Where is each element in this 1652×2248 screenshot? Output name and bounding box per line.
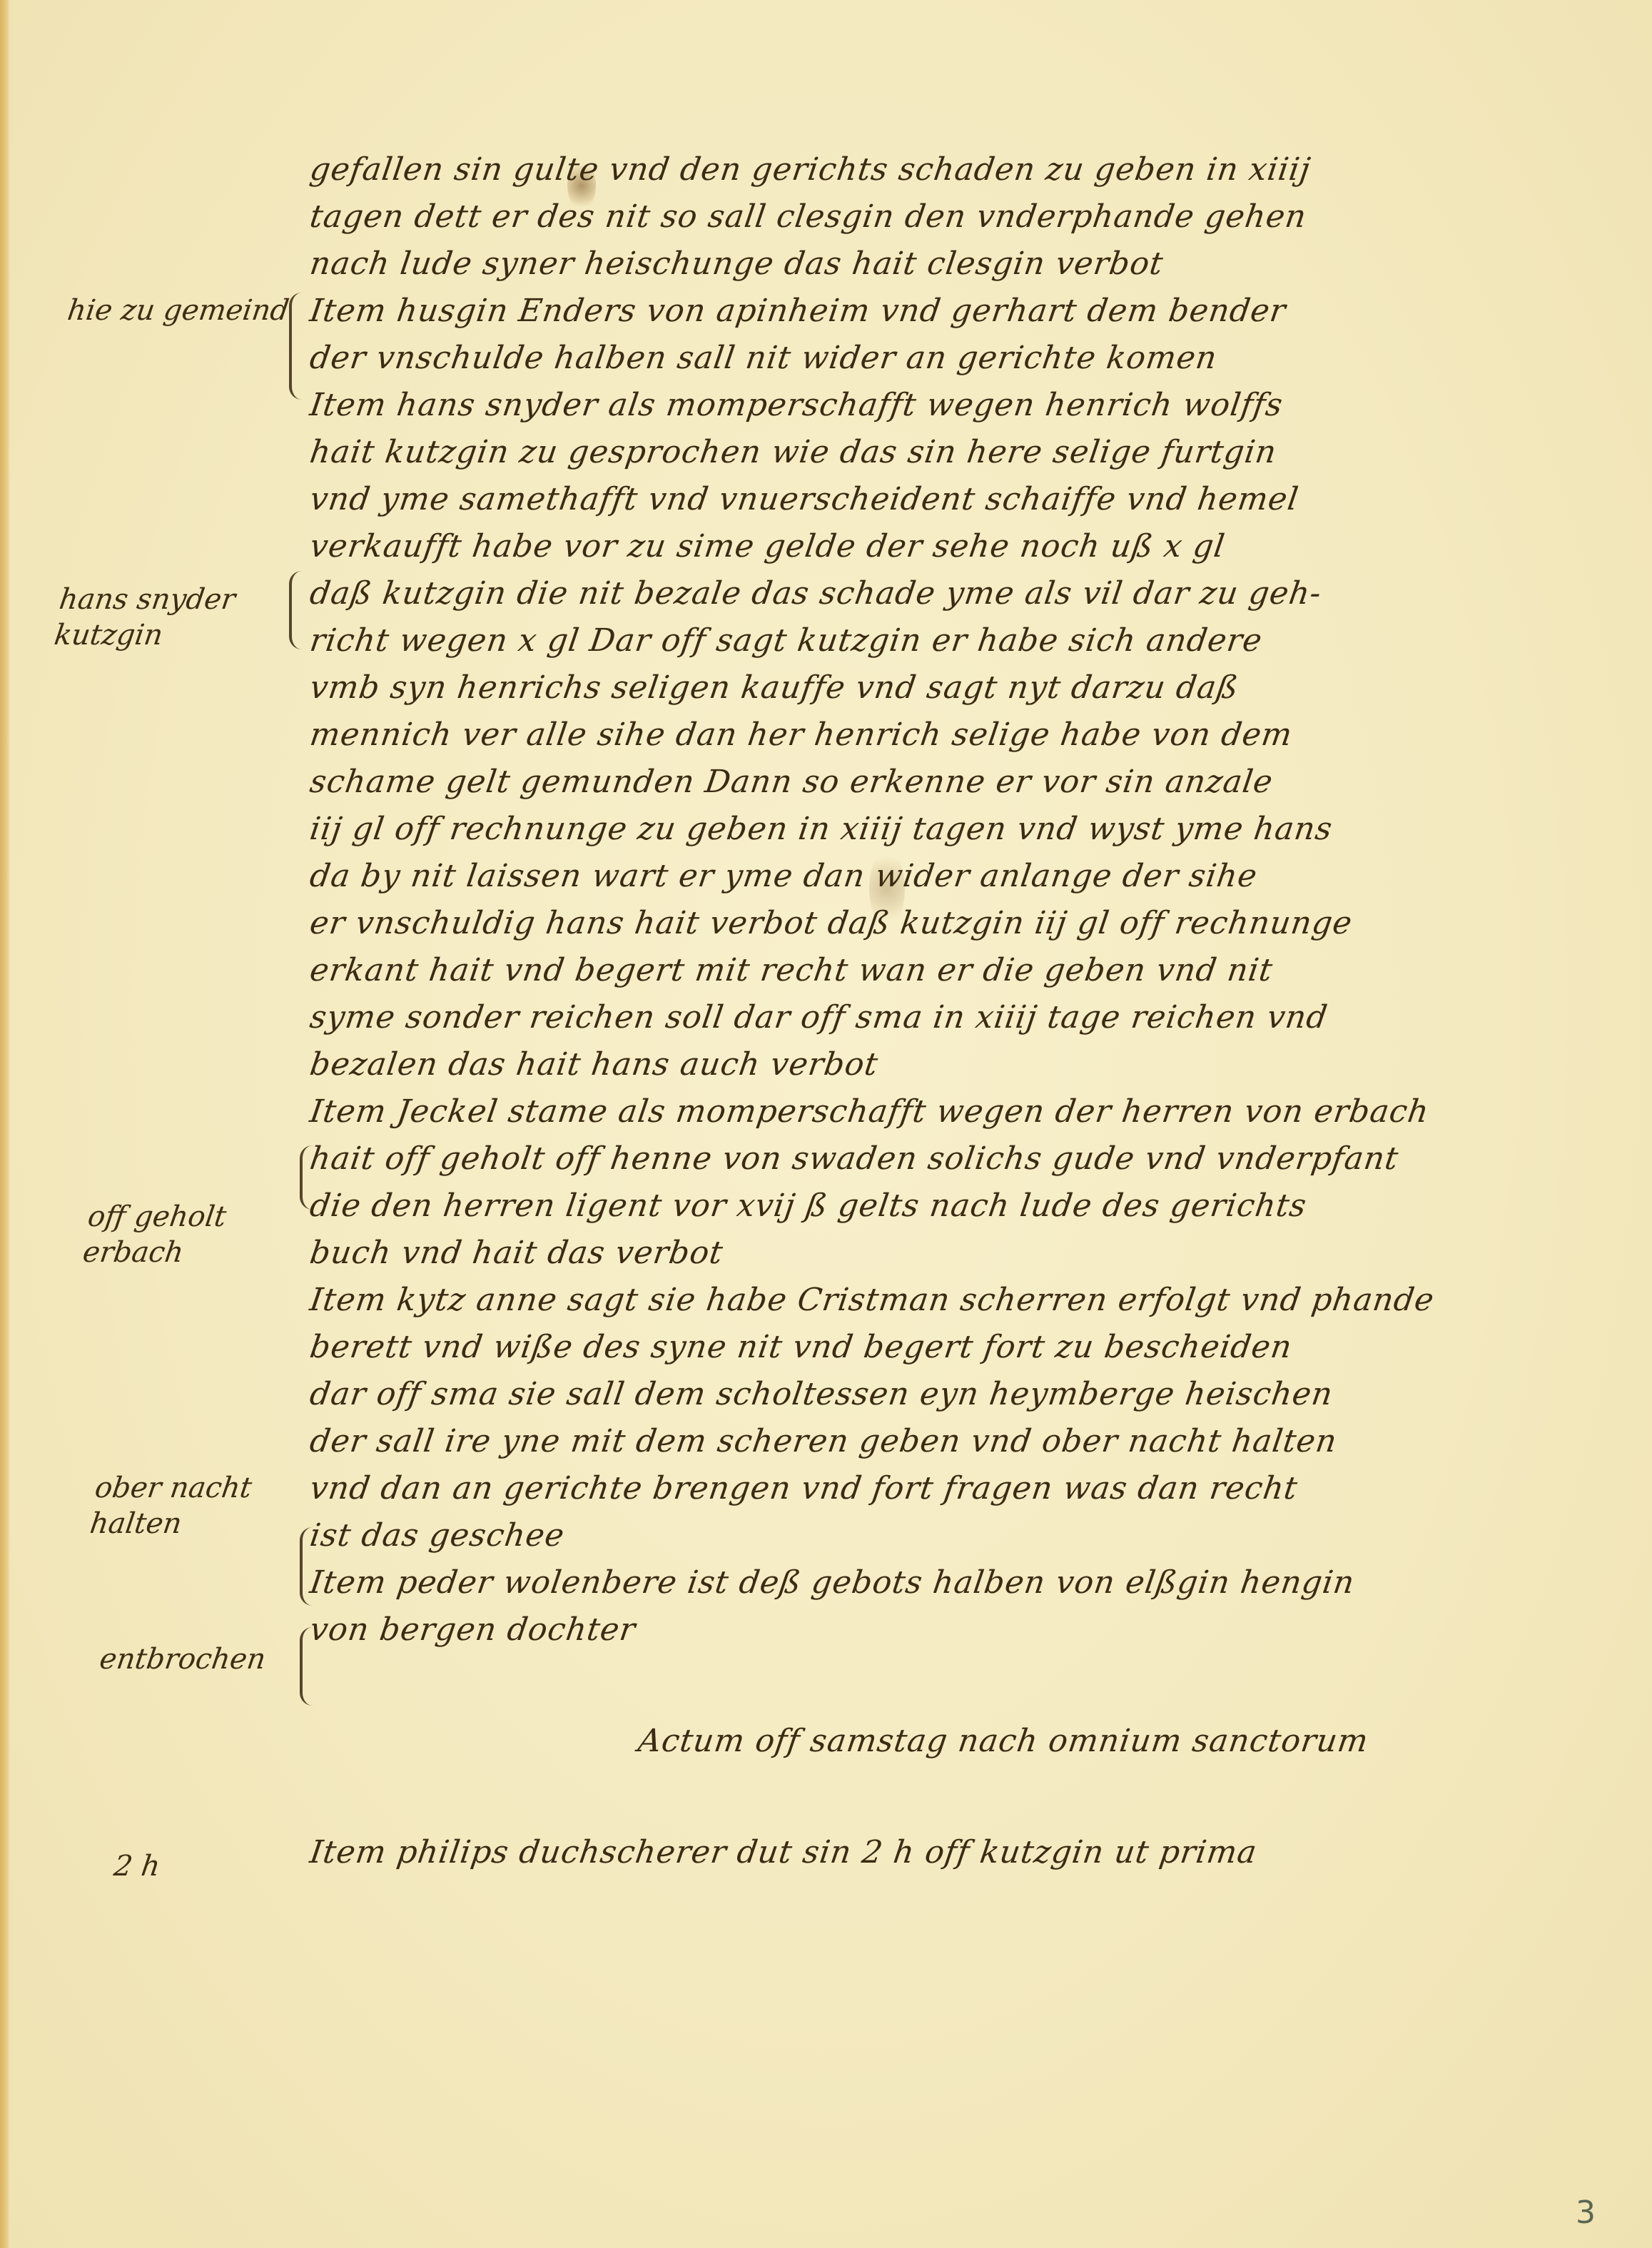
text-line: Item Jeckel stame als momperschafft wege… <box>307 1088 1641 1135</box>
manuscript-page: gefallen sin gulte vnd den gerichts scha… <box>0 0 1652 2248</box>
text-line: vnd dan an gerichte brengen vnd fort fra… <box>307 1465 1641 1512</box>
text-line: Item kytz anne sagt sie habe Cristman sc… <box>307 1277 1641 1324</box>
text-line: hait off geholt off henne von swaden sol… <box>307 1135 1641 1183</box>
text-line: buch vnd hait das verbot <box>307 1230 1641 1277</box>
text-line: verkaufft habe vor zu sime gelde der seh… <box>307 523 1641 570</box>
text-line: von bergen dochter <box>307 1606 1641 1654</box>
text-line: daß kutzgin die nit bezale das schade ym… <box>307 570 1641 617</box>
text-line: die den herren ligent vor xvij ß gelts n… <box>307 1183 1641 1230</box>
text-line: iij gl off rechnunge zu geben in xiiij t… <box>307 806 1641 853</box>
text-line: nach lude syner heischunge das hait cles… <box>307 241 1641 288</box>
text-line: da by nit laissen wart er yme dan wider … <box>307 853 1641 900</box>
text-line: bezalen das hait hans auch verbot <box>307 1041 1641 1088</box>
main-text: gefallen sin gulte vnd den gerichts scha… <box>307 146 1634 1876</box>
folio-number: 3 <box>1576 2194 1596 2231</box>
text-line: Item hans snyder als momperschafft wegen… <box>307 382 1641 429</box>
entry-bracket <box>289 571 308 649</box>
margin-note: off geholt erbach <box>81 1199 228 1270</box>
text-line: gefallen sin gulte vnd den gerichts scha… <box>307 146 1641 193</box>
text-line: vmb syn henrichs seligen kauffe vnd sagt… <box>307 664 1641 712</box>
text-line: ist das geschee <box>307 1512 1641 1559</box>
text-line: schame gelt gemunden Dann so erkenne er … <box>307 759 1641 806</box>
margin-note: hie zu gemeind <box>65 293 291 328</box>
text-line: hait kutzgin zu gesprochen wie das sin h… <box>307 429 1641 476</box>
binding-edge <box>0 0 10 2248</box>
final-entry: Item philips duchscherer dut sin 2 h off… <box>307 1829 1641 1876</box>
margin-note: ober nacht halten <box>88 1470 254 1541</box>
text-line: berett vnd wiße des syne nit vnd begert … <box>307 1324 1641 1371</box>
text-line: der sall ire yne mit dem scheren geben v… <box>307 1418 1641 1465</box>
text-line: vnd yme samethafft vnd vnuerscheident sc… <box>307 476 1641 523</box>
text-line: erkant hait vnd begert mit recht wan er … <box>307 947 1641 994</box>
dating-clause: Actum off samstag nach omnium sanctorum <box>307 1718 1641 1765</box>
text-line: der vnschulde halben sall nit wider an g… <box>307 335 1641 382</box>
entry-bracket <box>289 293 308 400</box>
text-line: dar off sma sie sall dem scholtessen eyn… <box>307 1371 1641 1418</box>
text-line: richt wegen x gl Dar off sagt kutzgin er… <box>307 617 1641 664</box>
text-line: Item husgin Enders von apinheim vnd gerh… <box>307 288 1641 335</box>
margin-note: 2 h <box>111 1848 162 1884</box>
text-line: mennich ver alle sihe dan her henrich se… <box>307 712 1641 759</box>
text-line: er vnschuldig hans hait verbot daß kutzg… <box>307 900 1641 947</box>
text-line: tagen dett er des nit so sall clesgin de… <box>307 193 1641 241</box>
text-line: syme sonder reichen soll dar off sma in … <box>307 994 1641 1041</box>
margin-note: entbrochen <box>97 1641 268 1677</box>
text-line: Item peder wolenbere ist deß gebots halb… <box>307 1559 1641 1606</box>
margin-note: hans snyder kutzgin <box>52 582 238 653</box>
